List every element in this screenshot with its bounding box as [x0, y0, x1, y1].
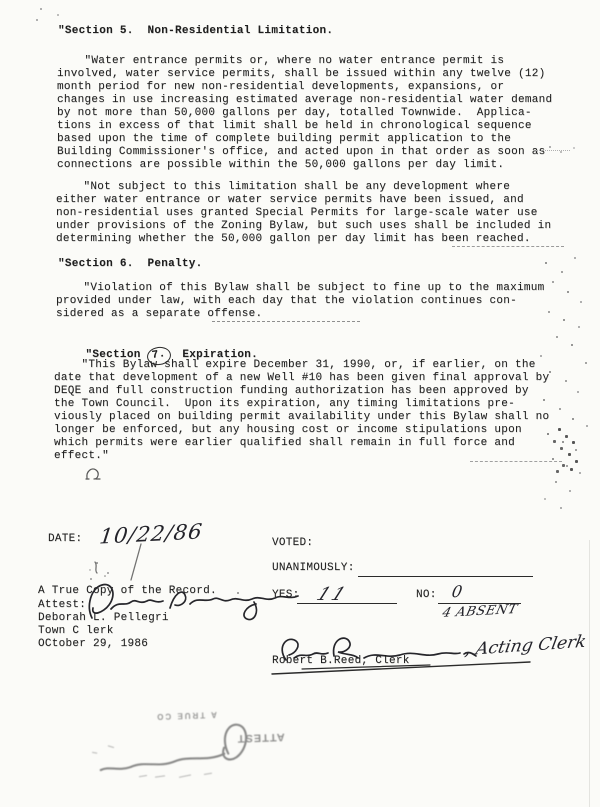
section-6-paragraph: "Violation of this Bylaw shall be subjec…: [56, 282, 545, 321]
handwritten-no-count: 0: [451, 582, 464, 602]
scan-noise-dense-blob: [0, 0, 3, 3]
voted-label: VOTED:: [272, 537, 313, 550]
scanned-document-page: "Section 5. Non-Residential Limitation. …: [0, 0, 600, 807]
unanimously-blank-line: [358, 576, 533, 577]
section-5-paragraph-2: "Not subject to this limitation shall be…: [56, 181, 551, 246]
attest-date: OCtober 29, 1986: [38, 638, 148, 651]
scan-artifact-line: [470, 461, 562, 462]
scan-artifact-line: [212, 321, 360, 322]
section-6-heading: "Section 6. Penalty.: [58, 258, 203, 271]
scan-edge-line: [589, 540, 590, 807]
scan-artifact-line: [536, 150, 570, 151]
stamp-top-text: A TRUE CO: [155, 710, 217, 721]
no-label: NO:: [416, 589, 437, 602]
bleedthrough-attest-stamp: A TRUE CO ATTEST: [77, 699, 300, 795]
typed-clerk-signature: Robert B.Reed, Clerk: [272, 655, 410, 668]
yes-blank-line: [297, 603, 397, 604]
stray-pen-marks: [85, 540, 175, 585]
pellegri-signature: [78, 578, 313, 630]
date-label: DATE:: [48, 533, 82, 546]
stamp-signature-flourish: [99, 724, 247, 770]
handwritten-yes-count: 11: [313, 584, 351, 605]
handwritten-absent-note: 4 ABSENT: [441, 602, 519, 621]
scan-artifact-line: [452, 246, 564, 247]
unanimously-label: UNANIMOUSLY:: [272, 562, 355, 575]
section-5-heading: "Section 5. Non-Residential Limitation.: [58, 25, 333, 38]
stamp-attest-text: ATTEST: [237, 731, 285, 745]
section-7-paragraph: "This Bylaw shall expire December 31, 19…: [54, 359, 549, 463]
section-5-paragraph-1: "Water entrance permits or, where no wat…: [57, 55, 552, 172]
stamp-faint-text-row: [92, 742, 212, 780]
stray-pen-curl: [84, 466, 104, 482]
yes-label: YES:: [272, 589, 300, 602]
